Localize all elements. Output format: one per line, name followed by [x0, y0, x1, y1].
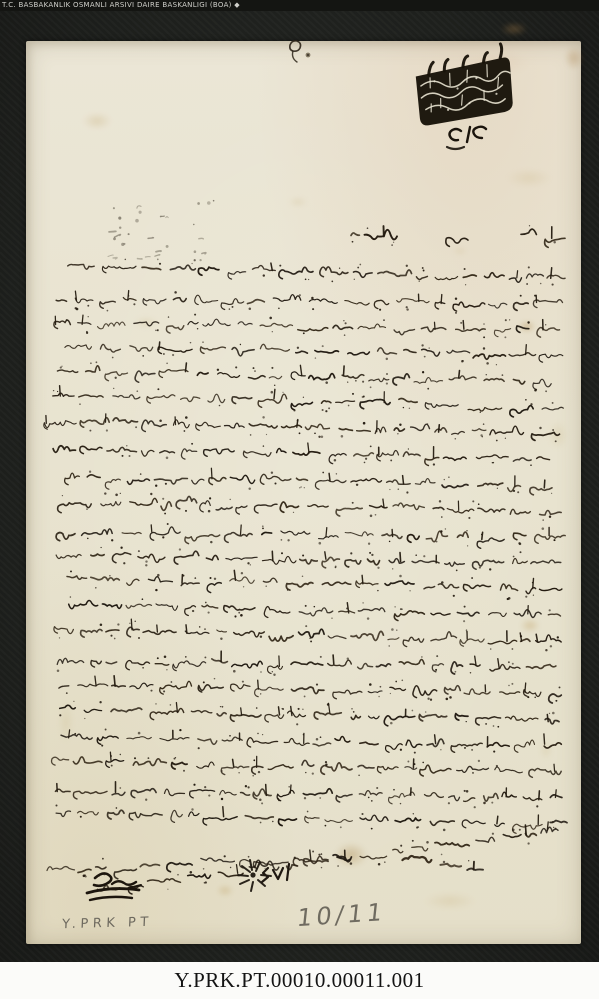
caption-strip: Y.PRK.PT.00010.00011.001 [0, 962, 599, 999]
archival-scan: T.C. BASBAKANLIK OSMANLI ARSIVI DAIRE BA… [0, 0, 599, 999]
letter-paper [26, 41, 581, 944]
archive-reference-caption: Y.PRK.PT.00010.00011.001 [0, 962, 599, 998]
stain [500, 22, 528, 36]
archive-header-text: T.C. BASBAKANLIK OSMANLI ARSIVI DAIRE BA… [0, 0, 599, 11]
scanner-header-bar: T.C. BASBAKANLIK OSMANLI ARSIVI DAIRE BA… [0, 0, 599, 11]
